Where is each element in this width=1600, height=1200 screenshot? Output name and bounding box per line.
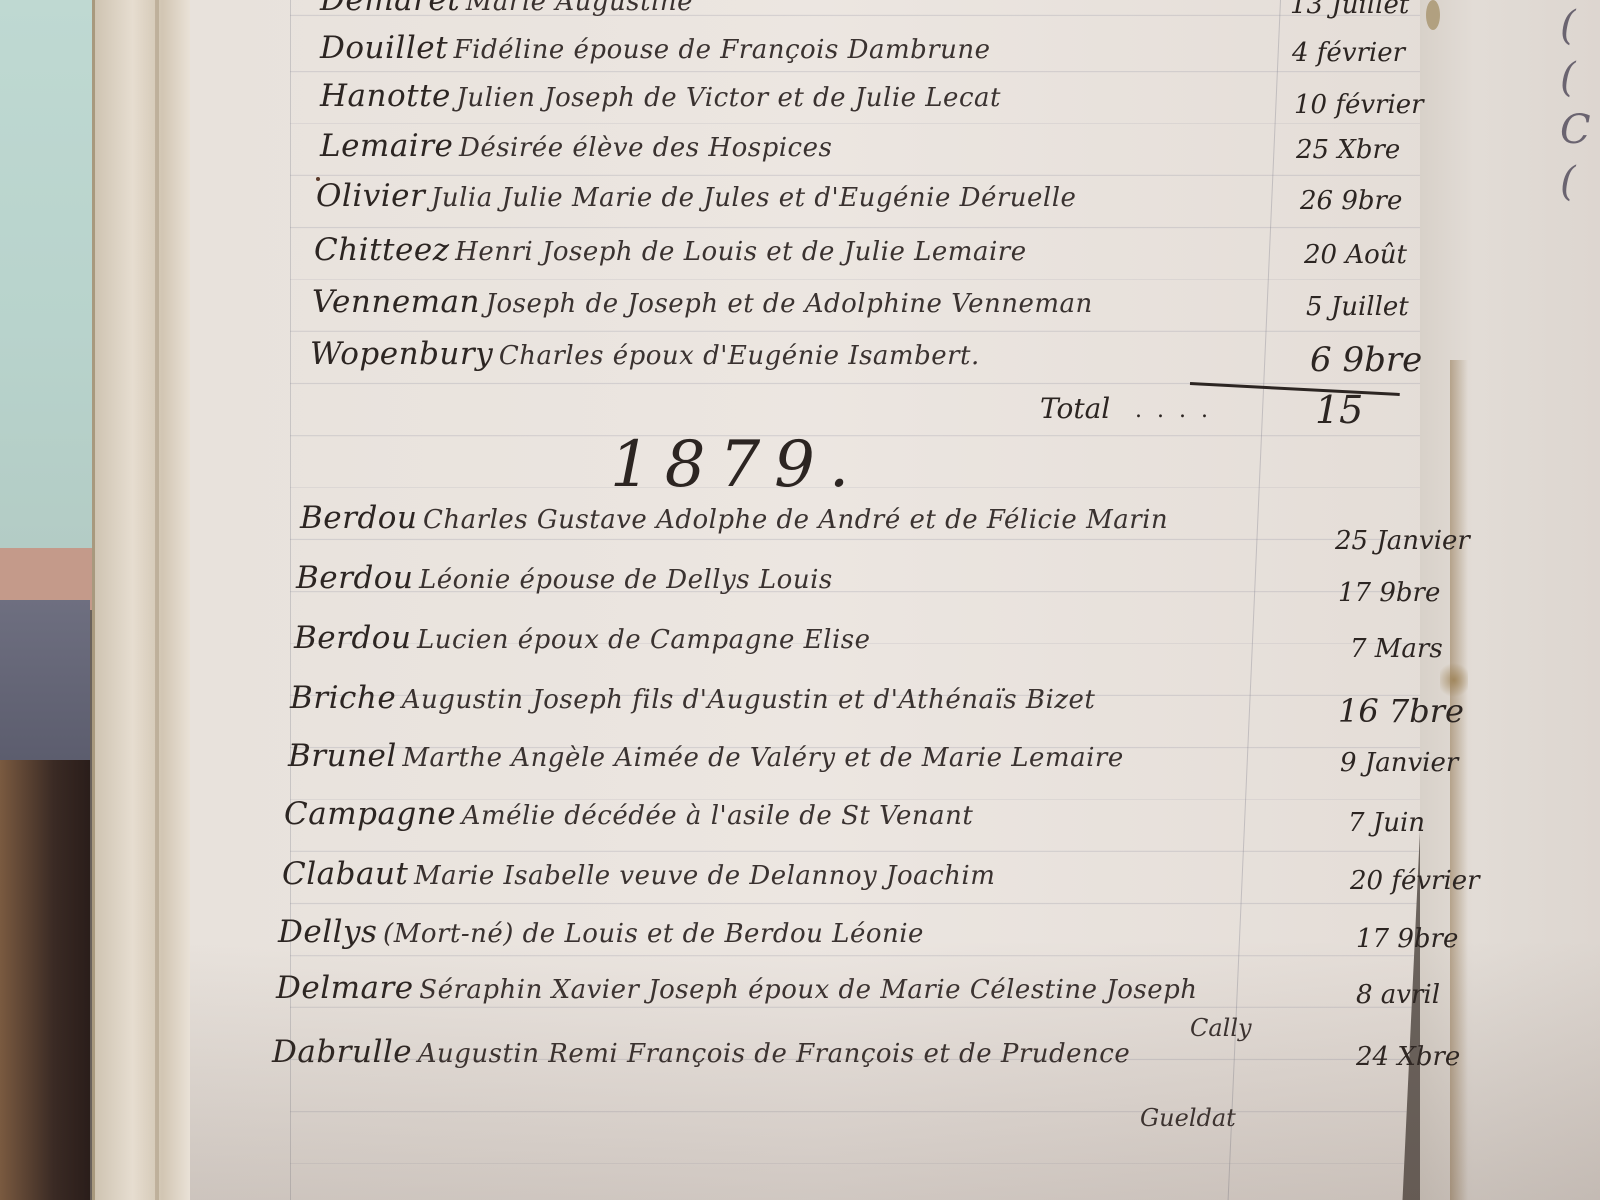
stain-mark xyxy=(1426,0,1440,30)
surname: Dabrulle xyxy=(272,1034,412,1070)
entry-details: (Mort-né) de Louis et de Berdou Léonie xyxy=(383,919,924,949)
entry-details: Marthe Angèle Aimée de Valéry et de Mari… xyxy=(402,743,1123,773)
surname: Clabaut xyxy=(282,856,408,892)
surname: Douillet xyxy=(320,30,448,66)
register-entry: Campagne Amélie décédée à l'asile de St … xyxy=(284,796,973,832)
entry-date: 25 Xbre xyxy=(1296,135,1400,165)
register-entry: Berdou Léonie épouse de Dellys Louis xyxy=(296,560,833,596)
entry-date: 17 9bre xyxy=(1356,924,1458,954)
entry-date: 25 Janvier xyxy=(1335,526,1470,556)
register-entry: Dellys (Mort-né) de Louis et de Berdou L… xyxy=(278,914,924,950)
register-entry: Olivier Julia Julie Marie de Jules et d'… xyxy=(316,178,1076,214)
register-entry: Berdou Lucien époux de Campagne Elise xyxy=(294,620,871,656)
register-entry: Chitteez Henri Joseph de Louis et de Jul… xyxy=(314,232,1027,268)
entry-date: 6 9bre xyxy=(1310,340,1422,380)
entry-date: 17 9bre xyxy=(1338,578,1440,608)
register-entry: Briche Augustin Joseph fils d'Augustin e… xyxy=(290,680,1095,716)
year-heading: 1879. xyxy=(610,428,863,502)
register-entry: Dabrulle Augustin Remi François de Franç… xyxy=(272,1034,1130,1070)
entry-date: 10 février xyxy=(1294,90,1424,120)
surname: Olivier xyxy=(316,178,425,214)
total-value: 15 xyxy=(1315,388,1363,432)
entry-details: Marie Isabelle veuve de Delannoy Joachim xyxy=(414,861,995,891)
total-label: Total xyxy=(1040,392,1110,425)
surname: Campagne xyxy=(284,796,456,832)
register-entry: Brunel Marthe Angèle Aimée de Valéry et … xyxy=(288,738,1124,774)
entry-date: 20 Août xyxy=(1304,240,1407,270)
entry-details: Charles Gustave Adolphe de André et de F… xyxy=(423,505,1168,535)
register-entry: Clabaut Marie Isabelle veuve de Delannoy… xyxy=(282,856,995,892)
entry-date: 20 février xyxy=(1350,866,1480,896)
register-entry: Douillet Fidéline épouse de François Dam… xyxy=(320,30,991,66)
surname: Delmare xyxy=(276,970,414,1006)
surname: Briche xyxy=(290,680,396,716)
entry-details: Augustin Joseph fils d'Augustin et d'Ath… xyxy=(402,685,1096,715)
background-dark-object xyxy=(0,760,90,1200)
surname: Berdou xyxy=(300,500,417,536)
entry-date: 7 Mars xyxy=(1350,634,1443,664)
entry-date: 26 9bre xyxy=(1300,186,1402,216)
entry-details: Désirée élève des Hospices xyxy=(459,133,832,163)
register-entry: Venneman Joseph de Joseph et de Adolphin… xyxy=(312,284,1093,320)
entry-details: Henri Joseph de Louis et de Julie Lemair… xyxy=(455,237,1026,267)
surname: Berdou xyxy=(294,620,411,656)
register-entry: Hanotte Julien Joseph de Victor et de Ju… xyxy=(320,78,1001,114)
left-margin-line xyxy=(290,0,291,1200)
register-entry: Demaret Marie Augustine xyxy=(320,0,693,18)
margin-annotation: Cally xyxy=(1190,1014,1252,1042)
register-entry: Lemaire Désirée élève des Hospices xyxy=(320,128,832,164)
entry-details: Séraphin Xavier Joseph époux de Marie Cé… xyxy=(419,975,1197,1005)
margin-annotation: Gueldat xyxy=(1140,1104,1236,1132)
entry-details: Marie Augustine xyxy=(466,0,693,17)
entry-details: Charles époux d'Eugénie Isambert. xyxy=(499,341,980,371)
register-entry: Wopenbury Charles époux d'Eugénie Isambe… xyxy=(310,336,980,372)
background-grey-object xyxy=(0,600,90,760)
entry-date: 24 Xbre xyxy=(1356,1042,1460,1072)
surname: Berdou xyxy=(296,560,413,596)
surname: Brunel xyxy=(288,738,397,774)
entry-details: Augustin Remi François de François et de… xyxy=(418,1039,1131,1069)
surname: Hanotte xyxy=(320,78,451,114)
entry-date: 9 Janvier xyxy=(1340,748,1458,778)
entry-date: 7 Juin xyxy=(1348,808,1425,838)
entry-details: Julia Julie Marie de Jules et d'Eugénie … xyxy=(431,183,1076,213)
surname: Demaret xyxy=(320,0,460,18)
entry-details: Joseph de Joseph et de Adolphine Vennema… xyxy=(486,289,1093,319)
total-leader-dots: . . . . xyxy=(1135,398,1212,423)
entry-details: Amélie décédée à l'asile de St Venant xyxy=(462,801,974,831)
entry-date: 8 avril xyxy=(1356,980,1440,1010)
surname: Wopenbury xyxy=(310,336,493,372)
surname: Lemaire xyxy=(320,128,453,164)
facing-page-script-fragment: ( ( C ( xyxy=(1560,0,1600,260)
surname: Chitteez xyxy=(314,232,450,268)
entry-details: Julien Joseph de Victor et de Julie Leca… xyxy=(457,83,1001,113)
entry-date: 5 Juillet xyxy=(1306,292,1409,322)
entry-date: 16 7bre xyxy=(1338,692,1464,730)
entry-date: 4 février xyxy=(1292,38,1405,68)
surname: Dellys xyxy=(278,914,377,950)
facing-page: ( ( C ( xyxy=(1420,0,1600,1200)
page-fold-shadow xyxy=(1450,360,1468,1200)
register-entry: Berdou Charles Gustave Adolphe de André … xyxy=(300,500,1168,536)
entry-date: 13 Juillet xyxy=(1290,0,1409,20)
entry-details: Lucien époux de Campagne Elise xyxy=(417,625,871,655)
surname: Venneman xyxy=(312,284,480,320)
register-entry: Delmare Séraphin Xavier Joseph époux de … xyxy=(276,970,1198,1006)
entry-details: Fidéline épouse de François Dambrune xyxy=(454,35,991,65)
entry-details: Léonie épouse de Dellys Louis xyxy=(419,565,833,595)
